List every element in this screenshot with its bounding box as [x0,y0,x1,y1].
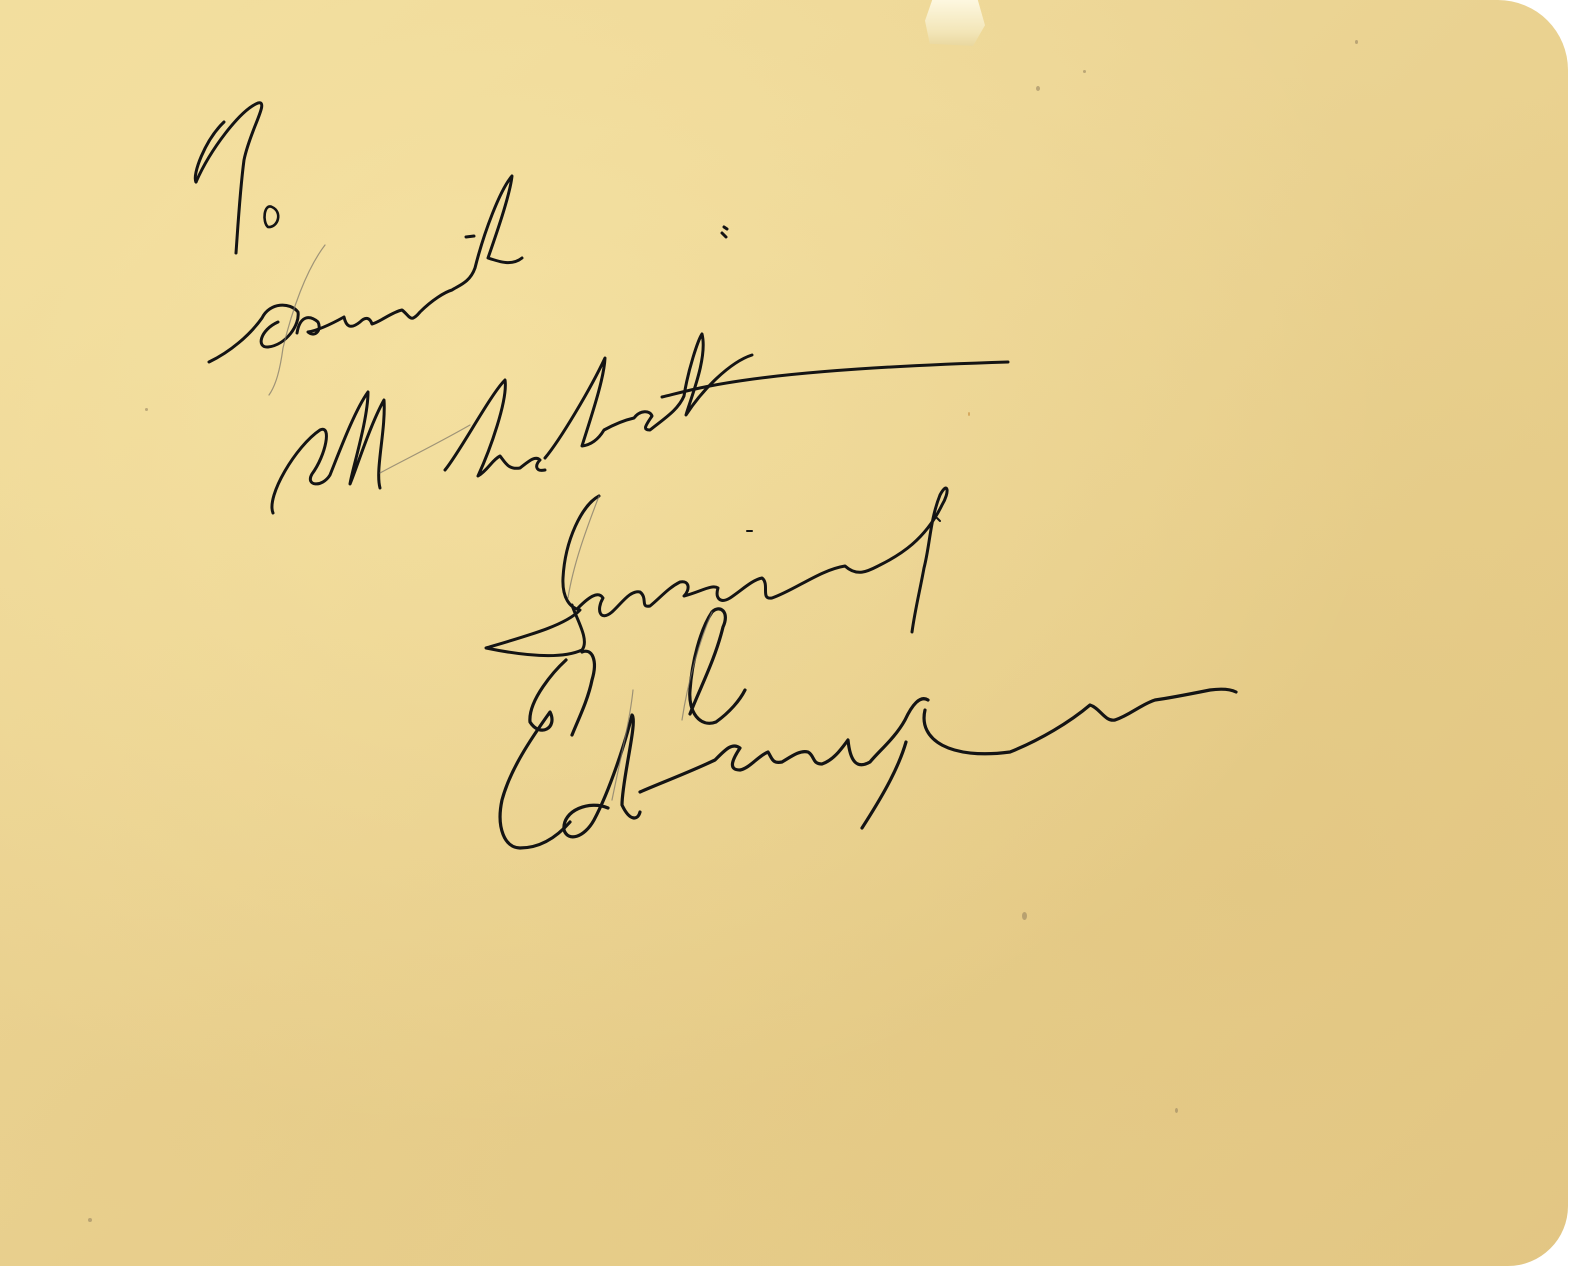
handwriting-signature-ed-gargan [500,609,1236,848]
handwriting-sincerely [486,488,947,656]
handwriting [0,0,1568,1266]
handwriting-all-the-best [272,334,1008,513]
autograph-card: To Howard: All the best Sincerely Ed Gar… [0,0,1568,1266]
handwriting-to [195,103,278,253]
handwriting-howard [209,176,727,395]
